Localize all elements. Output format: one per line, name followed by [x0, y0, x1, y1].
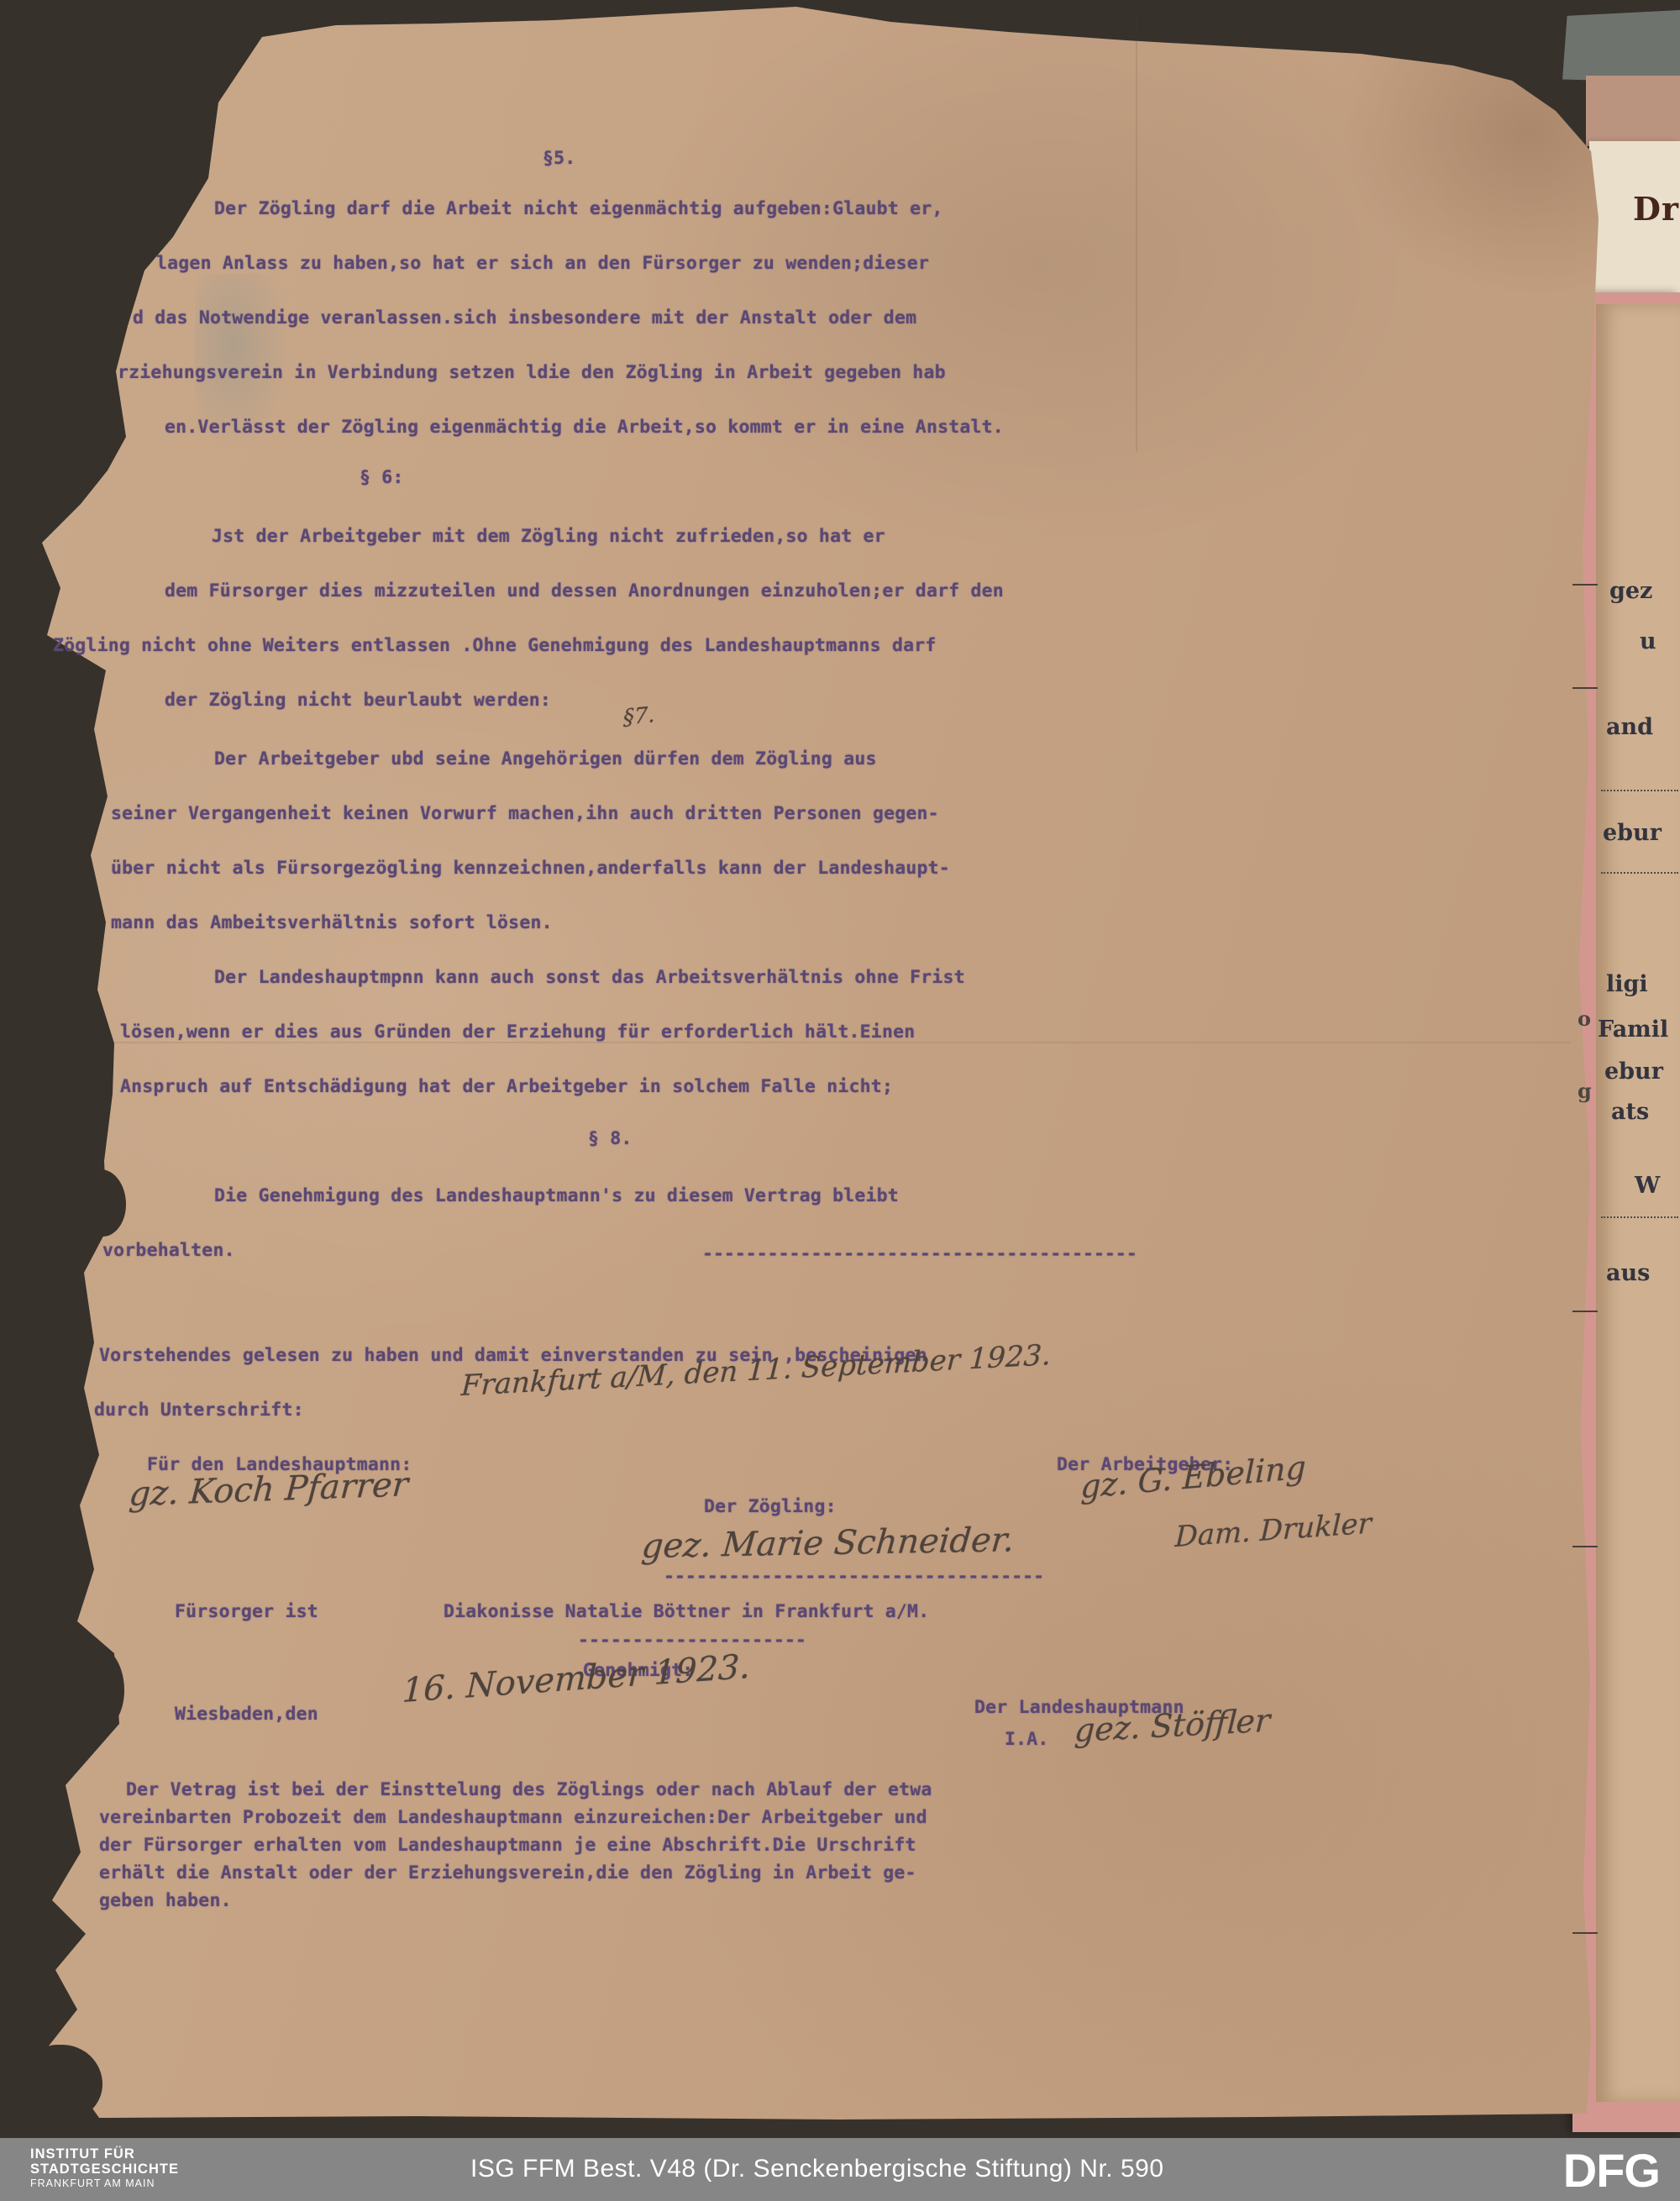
institute-city-line: FRANKFURT AM MAIN — [30, 2177, 179, 2189]
typed-line: rziehungsverein in Verbindung setzen ldi… — [118, 362, 946, 383]
typed-line: § 6: — [360, 467, 404, 488]
institute-logo: INSTITUT FÜR STADTGESCHICHTE FRANKFURT A… — [30, 2146, 179, 2189]
typed-line: lösen,wenn er dies aus Gründen der Erzie… — [120, 1022, 915, 1043]
archive-footer-bar: INSTITUT FÜR STADTGESCHICHTE FRANKFURT A… — [0, 2138, 1680, 2201]
handwritten-text: 16. November 1923. — [402, 1647, 751, 1710]
typed-line: Zögling nicht ohne Weiters entlassen .Oh… — [53, 635, 937, 656]
dashed-rule: ---------------------------------------- — [702, 1243, 1137, 1264]
typed-line: dem Fürsorger dies mizzuteilen und desse… — [165, 580, 1004, 601]
typed-line: durch Unterschrift: — [94, 1400, 304, 1421]
form-strip-fragment: o — [1578, 1006, 1591, 1031]
typed-line: lagen Anlass zu haben,so hat er sich an … — [156, 253, 929, 274]
form-dotted-rule — [1601, 790, 1678, 791]
typed-line: Wiesbaden,den — [175, 1704, 318, 1725]
form-label-fragment: ebur — [1604, 1058, 1663, 1085]
typed-line: erhält die Anstalt oder der Erziehungsve… — [99, 1862, 916, 1883]
handwritten-text: gez. Marie Schneider. — [640, 1521, 1016, 1566]
typed-line: §5. — [543, 148, 575, 169]
form-label-fragment: ebur — [1603, 820, 1662, 846]
typed-line: d das Notwendige veranlassen.sich insbes… — [133, 307, 916, 328]
form-label-fragment: W — [1635, 1173, 1660, 1199]
typed-line: Jst der Arbeitgeber mit dem Zögling nich… — [212, 526, 885, 547]
form-label-fragment: gez — [1609, 578, 1652, 604]
typed-line: geben haben. — [99, 1890, 232, 1911]
form-tick-mark — [1572, 584, 1598, 586]
typed-line: Der Arbeitgeber ubd seine Angehörigen dü… — [214, 749, 877, 770]
dfg-logo: DFG — [1563, 2143, 1660, 2198]
form-label-fragment: aus — [1606, 1260, 1650, 1286]
form-label-fragment: and — [1606, 714, 1653, 740]
handwritten-text: Dam. Drukler — [1174, 1506, 1372, 1554]
dashed-rule: --------------------- — [578, 1630, 806, 1651]
form-dotted-rule — [1601, 1216, 1678, 1218]
typed-line: Die Genehmigung des Landeshauptmann's zu… — [214, 1185, 899, 1206]
form-dotted-rule — [1601, 872, 1678, 874]
form-strip-fragment: g — [1578, 1079, 1592, 1103]
form-tick-mark — [1572, 1546, 1598, 1547]
typed-line: der Zögling nicht beurlaubt werden: — [165, 690, 551, 711]
typed-line: Der Landeshauptmpnn kann auch sonst das … — [214, 967, 965, 988]
typed-line: § 8. — [588, 1128, 633, 1149]
form-label-fragment: u — [1640, 628, 1656, 654]
typed-line: vereinbarten Probozeit dem Landeshauptma… — [99, 1807, 927, 1828]
typed-line: seiner Vergangenheit keinen Vorwurf mach… — [111, 803, 939, 824]
form-label-fragment: ligi — [1606, 971, 1648, 997]
typed-line: Anspruch auf Entschädigung hat der Arbei… — [120, 1076, 893, 1097]
typed-line: Der Zögling darf die Arbeit nicht eigenm… — [214, 198, 943, 219]
typed-line: I.A. — [1005, 1729, 1049, 1750]
form-tick-mark — [1572, 687, 1598, 689]
archive-scan-viewport: Dr §5.Der Zögling darf die Arbeit nicht … — [0, 0, 1680, 2201]
institute-name-line: INSTITUT FÜR — [30, 2146, 179, 2162]
institute-name-line: STADTGESCHICHTE — [30, 2162, 179, 2177]
typed-line: Der Vetrag ist bei der Einsttelung des Z… — [126, 1779, 932, 1800]
document-text-layer: §5.Der Zögling darf die Arbeit nicht eig… — [0, 0, 1680, 2201]
typed-line: der Fürsorger erhalten vom Landeshauptma… — [99, 1835, 916, 1856]
typed-line: mann das Ambeitsverhältnis sofort lösen. — [111, 912, 553, 933]
typed-line: Diakonisse Natalie Böttner in Frankfurt … — [444, 1601, 929, 1622]
typed-line: Der Zögling: — [704, 1496, 837, 1517]
typed-line: Fürsorger ist — [175, 1601, 318, 1622]
form-label-fragment: ats — [1611, 1099, 1649, 1125]
handwritten-text: §7. — [623, 702, 655, 731]
typed-line: über nicht als Fürsorgezögling kennzeich… — [111, 858, 950, 879]
form-tick-mark — [1572, 1311, 1598, 1312]
typed-line: vorbehalten. — [102, 1240, 235, 1261]
dashed-rule: ----------------------------------- — [664, 1566, 1044, 1587]
form-tick-mark — [1572, 1932, 1598, 1934]
archive-reference-caption: ISG FFM Best. V48 (Dr. Senckenbergische … — [470, 2155, 1164, 2183]
form-label-fragment: Famil — [1598, 1016, 1668, 1043]
typed-line: en.Verlässt der Zögling eigenmächtig die… — [165, 417, 1004, 438]
